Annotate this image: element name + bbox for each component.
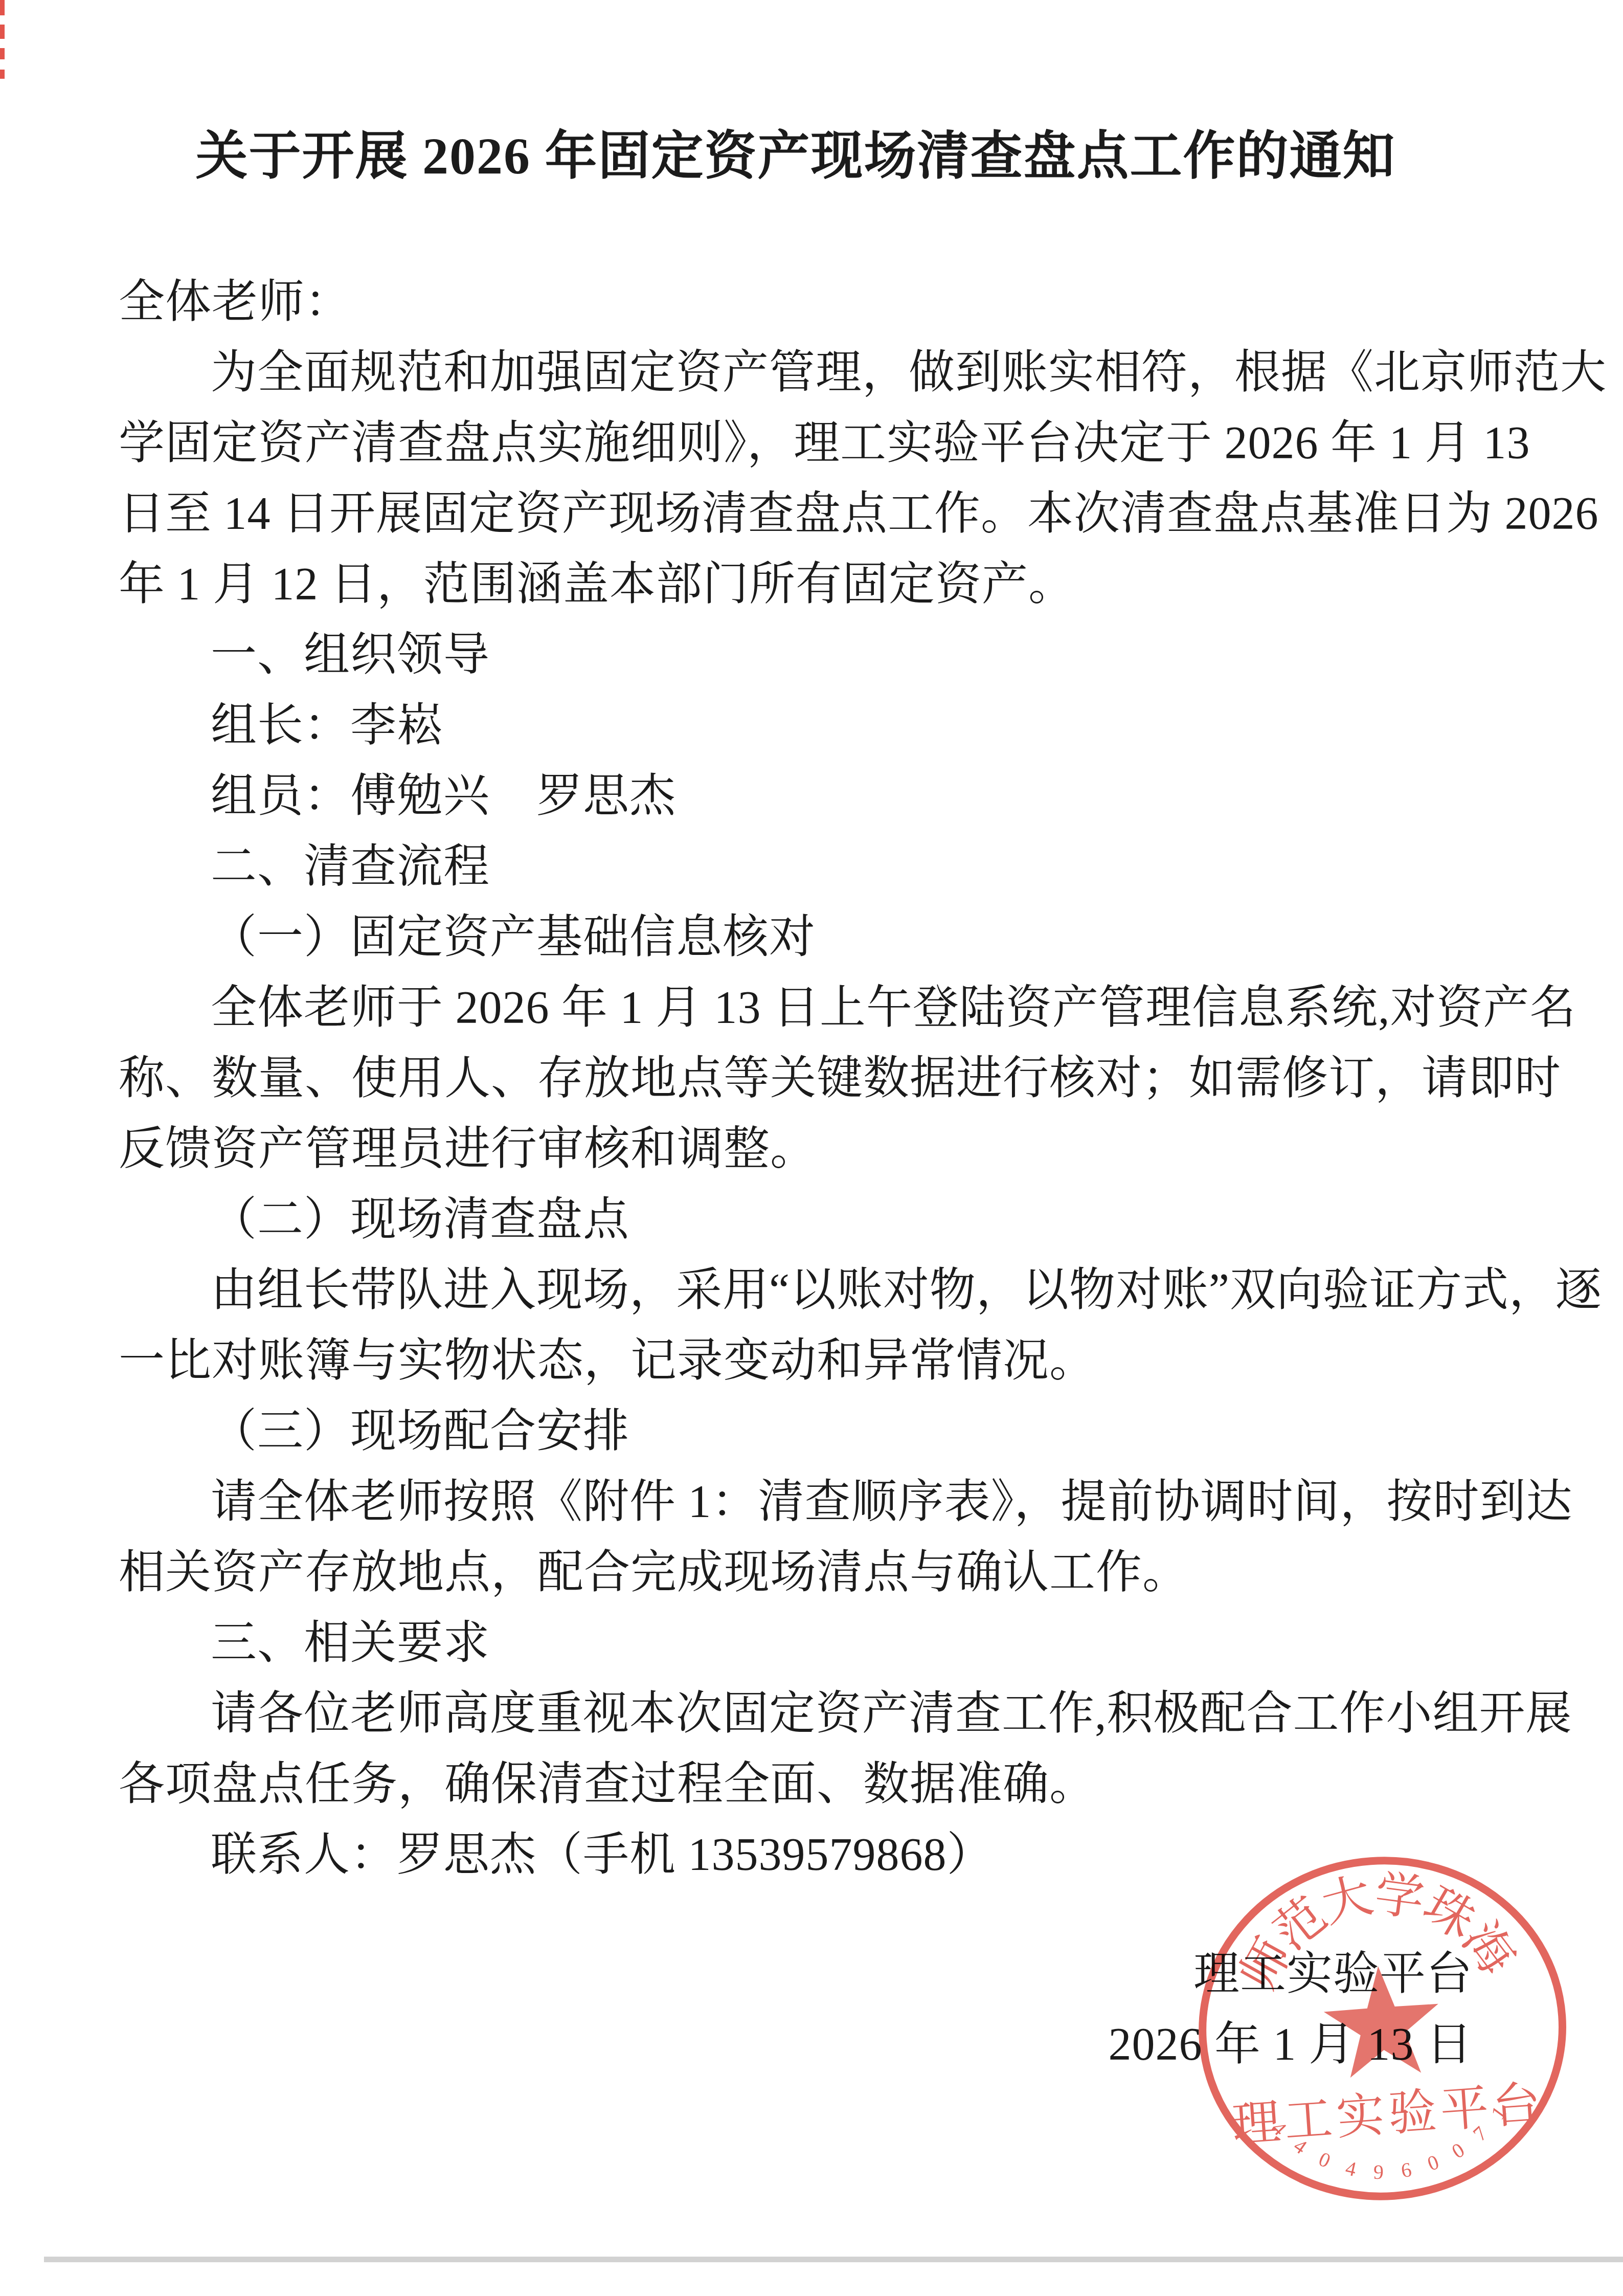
document-body: 关于开展 2026 年固定资产现场清查盘点工作的通知 全体老师：为全面规范和加强… — [119, 0, 1473, 2080]
scan-edge-mark — [0, 0, 5, 15]
scan-edge-mark — [0, 25, 5, 39]
svg-text:4: 4 — [1343, 2156, 1358, 2181]
document-line: 相关资产存放地点，配合完成现场清点与确认工作。 — [119, 1537, 1473, 1608]
document-line: 请全体老师按照《附件 1：清查顺序表》，提前协调时间，按时到达 — [119, 1467, 1473, 1537]
scan-edge-mark — [0, 70, 5, 79]
svg-text:0: 0 — [1448, 2138, 1469, 2163]
scan-edge-mark — [0, 48, 5, 59]
svg-text:0: 0 — [1424, 2150, 1442, 2175]
svg-text:0: 0 — [1315, 2147, 1334, 2172]
document-line: 请各位老师高度重视本次固定资产清查工作,积极配合工作小组开展 — [119, 1679, 1473, 1749]
official-seal-stamp: 师范大学珠海 理工实验平台 4404960071 — [1173, 1836, 1592, 2227]
document-line: 称、数量、使用人、存放地点等关键数据进行核对；如需修订，请即时 — [119, 1043, 1473, 1114]
document-line: 各项盘点任务，确保清查过程全面、数据准确。 — [119, 1749, 1473, 1820]
svg-text:9: 9 — [1373, 2160, 1384, 2184]
document-line: 反馈资产管理员进行审核和调整。 — [119, 1114, 1473, 1185]
document-line: 日至 14 日开展固定资产现场清查盘点工作。本次清查盘点基准日为 2026 — [119, 479, 1473, 549]
document-line: （一）固定资产基础信息核对 — [119, 902, 1473, 973]
document-line: 学固定资产清查盘点实施细则》，理工实验平台决定于 2026 年 1 月 13 — [119, 408, 1473, 479]
document-line: 三、相关要求 — [119, 1608, 1473, 1679]
title-spacer — [119, 197, 1473, 267]
document-line: 一、组织领导 — [119, 620, 1473, 690]
document-line: （三）现场配合安排 — [119, 1396, 1473, 1467]
document-line: 组长：李崧 — [119, 690, 1473, 761]
document-lines: 全体老师：为全面规范和加强固定资产管理，做到账实相符，根据《北京师范大学固定资产… — [119, 267, 1473, 1890]
document-line: 组员：傅勉兴 罗思杰 — [119, 761, 1473, 832]
document-line: 二、清查流程 — [119, 832, 1473, 902]
document-line: 由组长带队进入现场，采用“以账对物，以物对账”双向验证方式，逐 — [119, 1255, 1473, 1326]
scanned-notice-page: 关于开展 2026 年固定资产现场清查盘点工作的通知 全体老师：为全面规范和加强… — [0, 0, 1623, 2296]
document-line: 全体老师： — [119, 267, 1473, 338]
document-line: 年 1 月 12 日，范围涵盖本部门所有固定资产。 — [119, 549, 1473, 620]
star-icon — [1321, 1962, 1443, 2079]
document-line: 全体老师于 2026 年 1 月 13 日上午登陆资产管理信息系统,对资产名 — [119, 973, 1473, 1043]
stamp-svg: 师范大学珠海 理工实验平台 4404960071 — [1173, 1836, 1592, 2227]
page-title: 关于开展 2026 年固定资产现场清查盘点工作的通知 — [119, 117, 1473, 197]
svg-text:6: 6 — [1400, 2158, 1413, 2182]
scan-artifact-line — [44, 2257, 1623, 2262]
document-line: （二）现场清查盘点 — [119, 1185, 1473, 1255]
document-line: 为全面规范和加强固定资产管理，做到账实相符，根据《北京师范大 — [119, 338, 1473, 408]
document-line: 一比对账簿与实物状态，记录变动和异常情况。 — [119, 1326, 1473, 1396]
